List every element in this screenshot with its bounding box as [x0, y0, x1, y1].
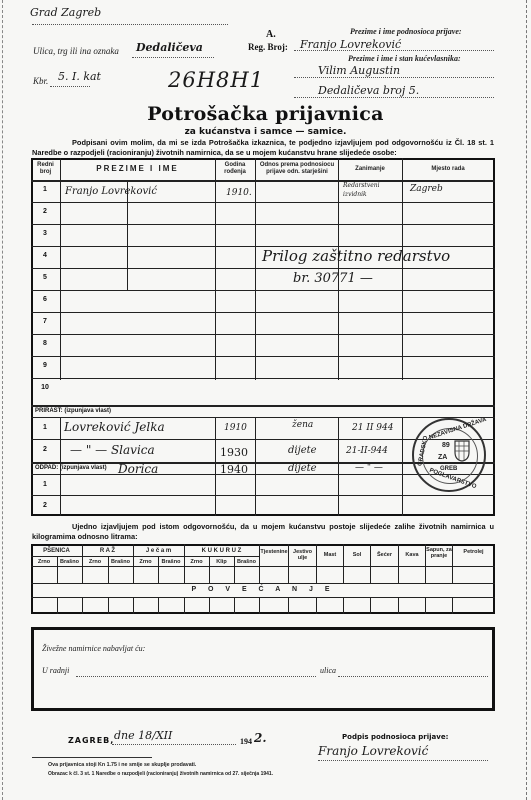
street-value: Dedaličeva: [136, 41, 203, 54]
stamp-center-text: ZA: [438, 454, 447, 461]
col-divider-name: [215, 158, 216, 380]
supply-sugar: Šećer: [371, 552, 398, 558]
row-number: 5: [31, 274, 59, 281]
supply-petroleum: Petrolej: [453, 549, 494, 555]
supplies-intro: Ujedno izjavljujem pod istom odgovornošć…: [32, 522, 494, 542]
increase-label: PRIRAST: (izpunjava vlast): [35, 408, 111, 414]
price-note: Ova prijavnica stoji Kn 1.75 i ne smije …: [48, 762, 196, 768]
city-line: [32, 24, 228, 25]
extra-year: 1940: [220, 463, 248, 476]
member-workplace: Zagreb: [410, 184, 443, 194]
col-divider-name-lower: [215, 417, 216, 516]
kbr-line: [50, 86, 90, 87]
annotation-line-2: br. 30771 —: [293, 271, 373, 286]
applicant-line: [294, 50, 494, 51]
stamp-number: 89: [442, 442, 450, 449]
footer-city: ZAGREB,: [68, 736, 114, 745]
supply-col: [158, 597, 159, 614]
row-line: [31, 290, 495, 291]
row-line: [31, 495, 495, 496]
applicant-label: Prezime i ime podnosioca prijave:: [350, 27, 462, 36]
street-label: Ulica, trg ili ina oznaka: [33, 46, 119, 56]
increase-relation: dijete: [288, 445, 317, 456]
row-number: 2: [31, 208, 59, 215]
row-number: 9: [31, 362, 59, 369]
decrease-row-number: 2: [31, 502, 59, 509]
row-number: 6: [31, 296, 59, 303]
row-number: 8: [31, 340, 59, 347]
official-stamp: NEZAVISNA DRŽAVA GRADSKO 89 ZA GREB POGL…: [412, 418, 486, 492]
city-handwritten: Grad Zagreb: [30, 6, 101, 19]
owner-address: Dedaličeva broj 5.: [318, 84, 419, 97]
supply-col: [288, 597, 289, 614]
supply-col: [316, 597, 317, 614]
year-prefix: 194: [240, 737, 252, 746]
supply-col: [398, 597, 399, 614]
supply-col: [316, 544, 317, 583]
header-workplace: Mjesto rada: [402, 166, 494, 173]
increase-row-number: 1: [31, 424, 59, 431]
row-line: [31, 224, 495, 225]
supply-group-line: [31, 556, 259, 557]
col-divider-num: [60, 158, 61, 380]
increase-name: — " — Slavica: [70, 443, 155, 457]
footer-date: dne 18/XII: [114, 729, 172, 742]
supply-col: [370, 597, 371, 614]
increase-note: 21 II 944: [352, 423, 393, 433]
decrease-label: ODPAD: (izpunjava vlast): [35, 465, 107, 471]
increase-row-number: 2: [31, 446, 59, 453]
increase-year: 1930: [220, 446, 248, 459]
form-note: Obrazac k čl. 3 st. 1 Naredbe o razpodje…: [48, 771, 273, 777]
kbr-label: Kbr.: [33, 76, 48, 86]
date-line: [112, 744, 236, 745]
supply-col: [343, 597, 344, 614]
supply-sub: Zrno: [133, 559, 158, 565]
col-divider-year: [255, 158, 256, 380]
supply-col: [57, 597, 58, 614]
annotation-line-1: Prilog zaštitno redarstvo: [262, 247, 450, 265]
header-num: Redni broj: [31, 162, 60, 176]
decrease-row-number: 1: [31, 481, 59, 488]
supply-col: [234, 597, 235, 614]
row-line: [31, 356, 495, 357]
supply-soap: Sapun, za pranje: [426, 547, 452, 559]
supply-pasta: Tjestenine: [260, 549, 288, 555]
shop-label: U radnji: [42, 666, 69, 675]
supply-group-barley: J e č a m: [133, 548, 184, 554]
increase-note: 21-II-944: [346, 446, 388, 456]
supply-sub: Brašno: [108, 559, 133, 565]
coat-of-arms-icon: [454, 440, 470, 462]
supply-sub: Zrno: [31, 559, 57, 565]
prirast-header-line: [31, 417, 495, 418]
supply-col: [343, 544, 344, 583]
increase-year: 1910: [224, 423, 247, 433]
supply-salt: Sol: [344, 552, 370, 558]
owner-name: Vilim Augustin: [318, 64, 400, 77]
supply-lard: Mast: [317, 552, 343, 558]
supply-increase-label: P O V E Ć A N J E: [31, 587, 495, 593]
supply-col: [108, 597, 109, 614]
intro-paragraph: Podpisani ovim molim, da mi se izda Potr…: [32, 138, 494, 158]
supply-sub: Klip: [209, 559, 234, 565]
signature-label: Podpis podnosioca prijave:: [342, 733, 448, 741]
supply-col: [209, 597, 210, 614]
supply-sub: Brašno: [234, 559, 259, 565]
row-line: [31, 202, 495, 203]
header-relation: Odnos prema podnosiocu prijave odn. star…: [257, 162, 337, 176]
supply-sub: Zrno: [82, 559, 108, 565]
supply-col: [398, 544, 399, 583]
supply-group-wheat: PŠENICA: [31, 548, 82, 554]
row-number: 7: [31, 318, 59, 325]
shop-heading: Živežne namirnice nabavljat ću:: [42, 644, 145, 653]
row-line: [31, 334, 495, 335]
row-number: 3: [31, 230, 59, 237]
owner-line-2: [294, 97, 494, 98]
supply-col: [259, 597, 260, 614]
row-number: 4: [31, 252, 59, 259]
supply-sub: Brašno: [158, 559, 184, 565]
supply-oil: Jestivo ulje: [289, 549, 316, 561]
form-title: Potrošačka prijavnica: [0, 103, 531, 125]
supply-col: [452, 597, 453, 614]
supply-col: [82, 597, 83, 614]
increase-name: Lovreković Jelka: [64, 420, 165, 434]
shop-line: [76, 676, 316, 677]
stamp-city-text: GREB: [440, 466, 457, 472]
document-page: Grad Zagreb Ulica, trg ili ina oznaka De…: [0, 0, 531, 800]
row-number: 1: [31, 186, 59, 193]
year-suffix: 2.: [254, 731, 267, 745]
table-header-divider: [31, 180, 495, 182]
kbr-value: 5. I. kat: [58, 70, 101, 83]
col-divider-occupation-lower: [402, 417, 403, 516]
supplies-intro-text: Ujedno izjavljujem pod istom odgovornošć…: [32, 522, 494, 541]
col-divider-relation: [338, 158, 339, 380]
member-year: 1910.: [226, 188, 252, 198]
footer-rule: [32, 757, 152, 758]
signature: Franjo Lovreković: [318, 744, 428, 758]
shop-street-line: [338, 676, 488, 677]
intro-text: Podpisani ovim molim, da mi se izda Potr…: [32, 138, 494, 157]
shop-street-label: ulica: [320, 666, 336, 675]
supply-col: [133, 597, 134, 614]
supply-sub: Brašno: [57, 559, 82, 565]
reg-number: 26H8H1: [168, 68, 264, 92]
section-letter: A.: [266, 29, 276, 40]
increase-relation: žena: [292, 420, 313, 430]
shop-box: [31, 627, 495, 711]
extra-relation: dijete: [288, 463, 317, 474]
member-occupation: Redarstveni izvidnik: [343, 181, 401, 199]
signature-line: [318, 760, 488, 761]
supply-group-rye: R A Ž: [82, 548, 133, 554]
extra-name: Dorica: [118, 462, 158, 476]
header-occupation: Zanimanje: [338, 166, 402, 173]
prirast-divider: [31, 405, 495, 407]
supply-row-line: [31, 583, 495, 584]
col-divider-year-lower: [255, 417, 256, 516]
supply-col: [184, 597, 185, 614]
street-line: [132, 57, 214, 58]
reg-label: Reg. Broj:: [248, 42, 288, 52]
extra-note: — " —: [355, 463, 383, 473]
row-number: 10: [31, 384, 59, 391]
supply-coffee: Kava: [399, 552, 425, 558]
row-line: [31, 268, 495, 269]
member-name: Franjo Lovreković: [65, 186, 157, 197]
supply-sub: Zrno: [184, 559, 209, 565]
owner-line-1: [294, 77, 494, 78]
header-year: Godina rođenja: [215, 162, 255, 176]
row-line: [31, 378, 495, 379]
owner-label: Prezime i ime i stan kućevlasnika:: [348, 54, 461, 63]
col-divider-relation-lower: [338, 417, 339, 516]
header-name: PREZIME I IME: [60, 165, 215, 172]
row-line: [31, 312, 495, 313]
col-divider-occupation: [402, 158, 403, 380]
supply-group-corn: K U K U R U Z: [184, 548, 259, 554]
supply-col: [425, 597, 426, 614]
supply-col: [370, 544, 371, 583]
form-subtitle: za kućanstva i samce — samice.: [0, 127, 531, 137]
